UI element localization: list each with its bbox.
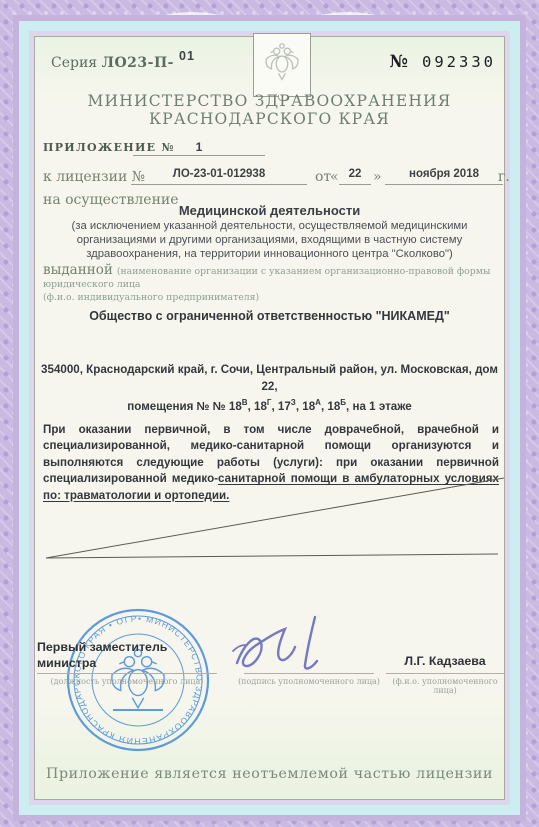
license-month-year: ноября 2018 (409, 168, 479, 180)
position-underline (37, 673, 217, 674)
series-label: Серия (51, 55, 97, 71)
document-body: Серия ЛО23-П- 01 №092330 МИНИСТЕРСТВО ЗД (34, 36, 505, 800)
issued-label: выданной (43, 262, 113, 278)
footer-note: Приложение является неотъемлемой частью … (35, 766, 504, 782)
organization-address: 354000, Краснодарский край, г. Сочи, Цен… (35, 362, 504, 415)
signer-position: Первый заместитель министра (37, 639, 167, 671)
activity-title: Медицинской деятельности (35, 203, 504, 218)
from-label: от (315, 169, 331, 185)
activity-note-line3: здравоохранения, на территории инновацио… (55, 248, 484, 262)
license-number: ЛО-23-01-012938 (173, 168, 265, 180)
name-caption: (ф.и.о. уполномоченного лица) (380, 677, 510, 695)
series-row: Серия ЛО23-П- (51, 55, 174, 71)
ministry-header: МИНИСТЕРСТВО ЗДРАВООХРАНЕНИЯ КРАСНОДАРСК… (35, 93, 504, 128)
signer-position-line2: министра (37, 655, 167, 671)
coat-of-arms-icon (260, 39, 304, 89)
issued-caption-line2: (ф.и.о. индивидуального предпринимателя) (43, 292, 259, 303)
license-number-line: ЛО-23-01-012938 (131, 165, 307, 185)
signer-position-line1: Первый заместитель (37, 639, 167, 655)
signer-name: Л.Г. Кадзаева (386, 654, 504, 668)
addr-seg: , 18 (296, 400, 315, 413)
quote-open: « (330, 169, 339, 185)
series-value: ЛО23-П- (102, 55, 174, 71)
addr-seg: , 18 (248, 400, 267, 413)
series-number: 01 (179, 49, 195, 63)
ministry-name-line2: КРАСНОДАРСКОГО КРАЯ (35, 111, 504, 129)
coat-of-arms-box (253, 33, 311, 97)
license-label: к лицензии № (43, 169, 145, 185)
name-underline (386, 673, 504, 674)
signature-caption: (подпись уполномоченного лица) (237, 677, 381, 686)
quote-close: » (373, 169, 382, 185)
license-row: к лицензии № ЛО-23-01-012938 от « 22 » н… (43, 165, 506, 187)
addr-seg: , 18 (321, 400, 340, 413)
activity-note-line1: (за исключением указанной деятельности, … (55, 220, 484, 234)
addr-seg: , 17 (271, 400, 290, 413)
license-day: 22 (349, 168, 362, 180)
cancellation-strike-lines (41, 471, 506, 566)
activity-note-line2: организациями и другими организациями, в… (55, 234, 484, 248)
org-address-line1: 354000, Краснодарский край, г. Сочи, Цен… (35, 362, 504, 395)
number-value: 092330 (422, 53, 496, 71)
issued-block: выданной(наименование организации с указ… (43, 264, 504, 304)
license-day-line: 22 (339, 165, 371, 185)
signature-underline (244, 673, 374, 674)
position-caption: (должность уполномоченного лица) (37, 677, 217, 686)
number-sign: № (390, 52, 408, 72)
license-date-line: ноября 2018 (385, 165, 503, 185)
ministry-name-line1: МИНИСТЕРСТВО ЗДРАВООХРАНЕНИЯ (35, 93, 504, 111)
activity-note: (за исключением указанной деятельности, … (55, 220, 484, 261)
org-address-line2: помещения № № 18В, 18Г, 17З, 18А, 18Б, н… (35, 395, 504, 415)
license-appendix-page: Серия ЛО23-П- 01 №092330 МИНИСТЕРСТВО ЗД (0, 0, 539, 827)
document-number: №092330 (390, 52, 496, 72)
appendix-number-line: 1 (133, 138, 265, 156)
appendix-number: 1 (196, 140, 203, 154)
addr-seg: , на 1 этаже (346, 400, 412, 413)
year-suffix: г. (498, 169, 510, 185)
signature-handwriting (231, 611, 381, 675)
organization-name: Общество с ограниченной ответственностью… (35, 309, 504, 323)
addr-seg: помещения № № 18 (127, 400, 242, 413)
